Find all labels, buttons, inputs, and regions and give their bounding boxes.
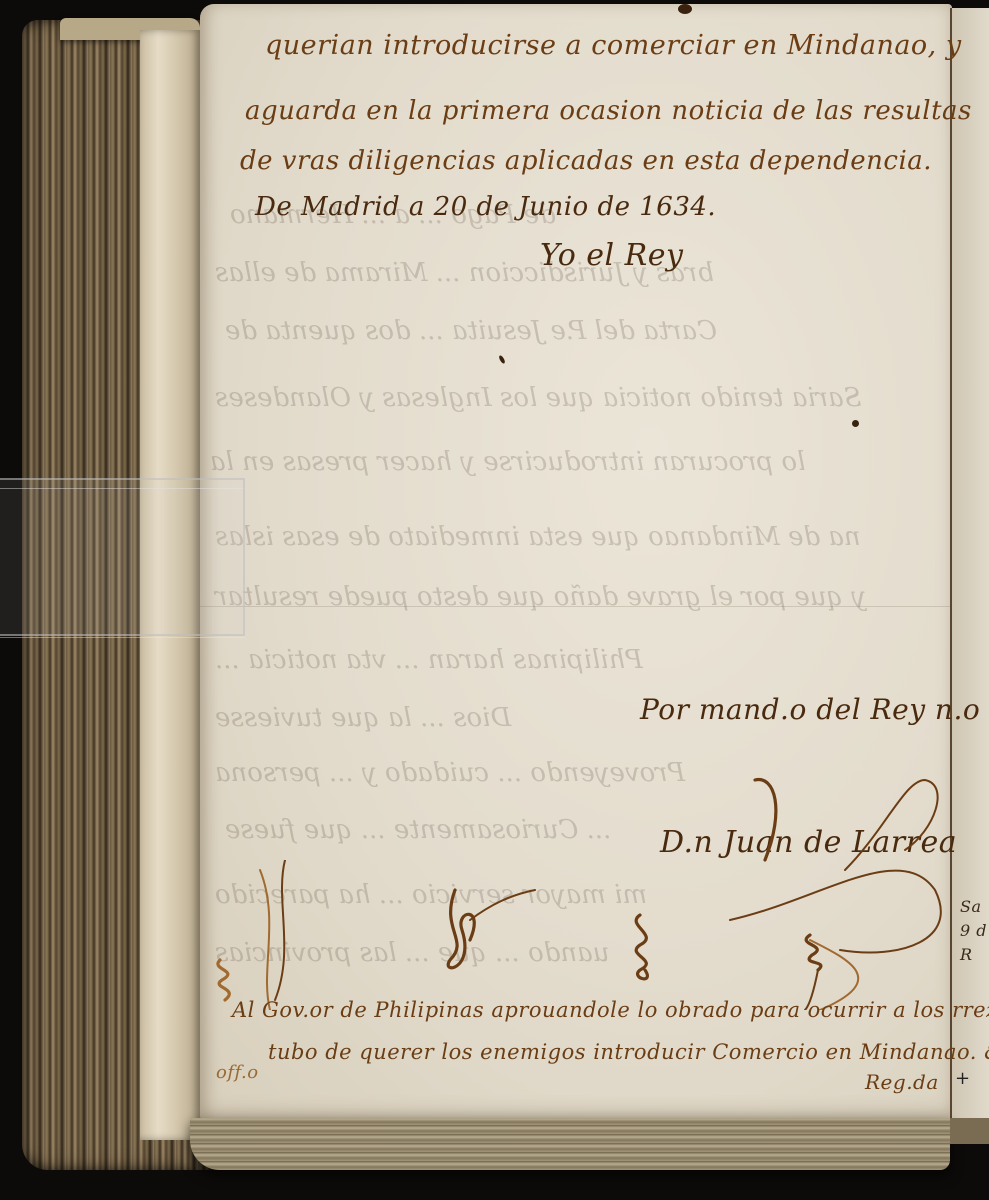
adjacent-bottom-edge xyxy=(950,1118,989,1144)
letter-text-line-2: aguarda en la primera ocasion noticia de… xyxy=(245,96,972,126)
ink-blot xyxy=(678,4,692,14)
bleed-through-line: y que por el grave daño que desto puede … xyxy=(215,582,866,612)
rubric-flourish-icon xyxy=(200,860,960,1010)
letter-text-line-1: querian introducirse a comerciar en Mind… xyxy=(265,30,962,61)
bleed-through-line: Proveyendo ... cuidado y ... persona xyxy=(215,758,685,788)
royal-signature: Yo el Rey xyxy=(540,238,683,273)
margin-note: off.o xyxy=(216,1062,259,1083)
plus-mark: + xyxy=(955,1068,971,1089)
summary-note-line-1: Al Gov.or de Philipinas aprouandole lo o… xyxy=(232,998,989,1022)
bleed-through-line: ... Curiosamente ... que fuese xyxy=(225,815,611,845)
adjacent-page-fragment: Sa 9 d R xyxy=(960,895,987,967)
dateline: De Madrid a 20 de Junio de 1634. xyxy=(255,192,716,222)
registered-note: Reg.da xyxy=(865,1070,939,1094)
secretary-paraph-icon xyxy=(735,770,950,880)
manuscript-photo: de Pago ... a ... Hermano bras y Jurisdi… xyxy=(0,0,989,1200)
bleed-through-line: lo procuran introducirse y hacer presas … xyxy=(210,447,805,477)
mylar-tab xyxy=(0,478,245,636)
summary-note-line-2: tubo de querer los enemigos introducir C… xyxy=(268,1040,989,1064)
ink-blot xyxy=(852,420,859,427)
bleed-through-line: Saria tenido noticia que los Inglesas y … xyxy=(215,383,861,413)
por-mandado-line: Por mand.o del Rey n.o s.r xyxy=(640,693,989,726)
bleed-through-line: Philipinas haran ... vta noticia ... xyxy=(215,645,643,675)
bleed-through-line: Dios ... la que tuviesse xyxy=(215,703,511,733)
bleed-through-line: Carta del P.e Jesuita ... dos quenta de xyxy=(225,316,717,346)
letter-text-line-3: de vras diligencias aplicadas en esta de… xyxy=(240,146,932,176)
bleed-through-line: na de Mindanao que esta inmediato de esa… xyxy=(215,522,861,552)
book-bottom-edge xyxy=(190,1118,950,1170)
